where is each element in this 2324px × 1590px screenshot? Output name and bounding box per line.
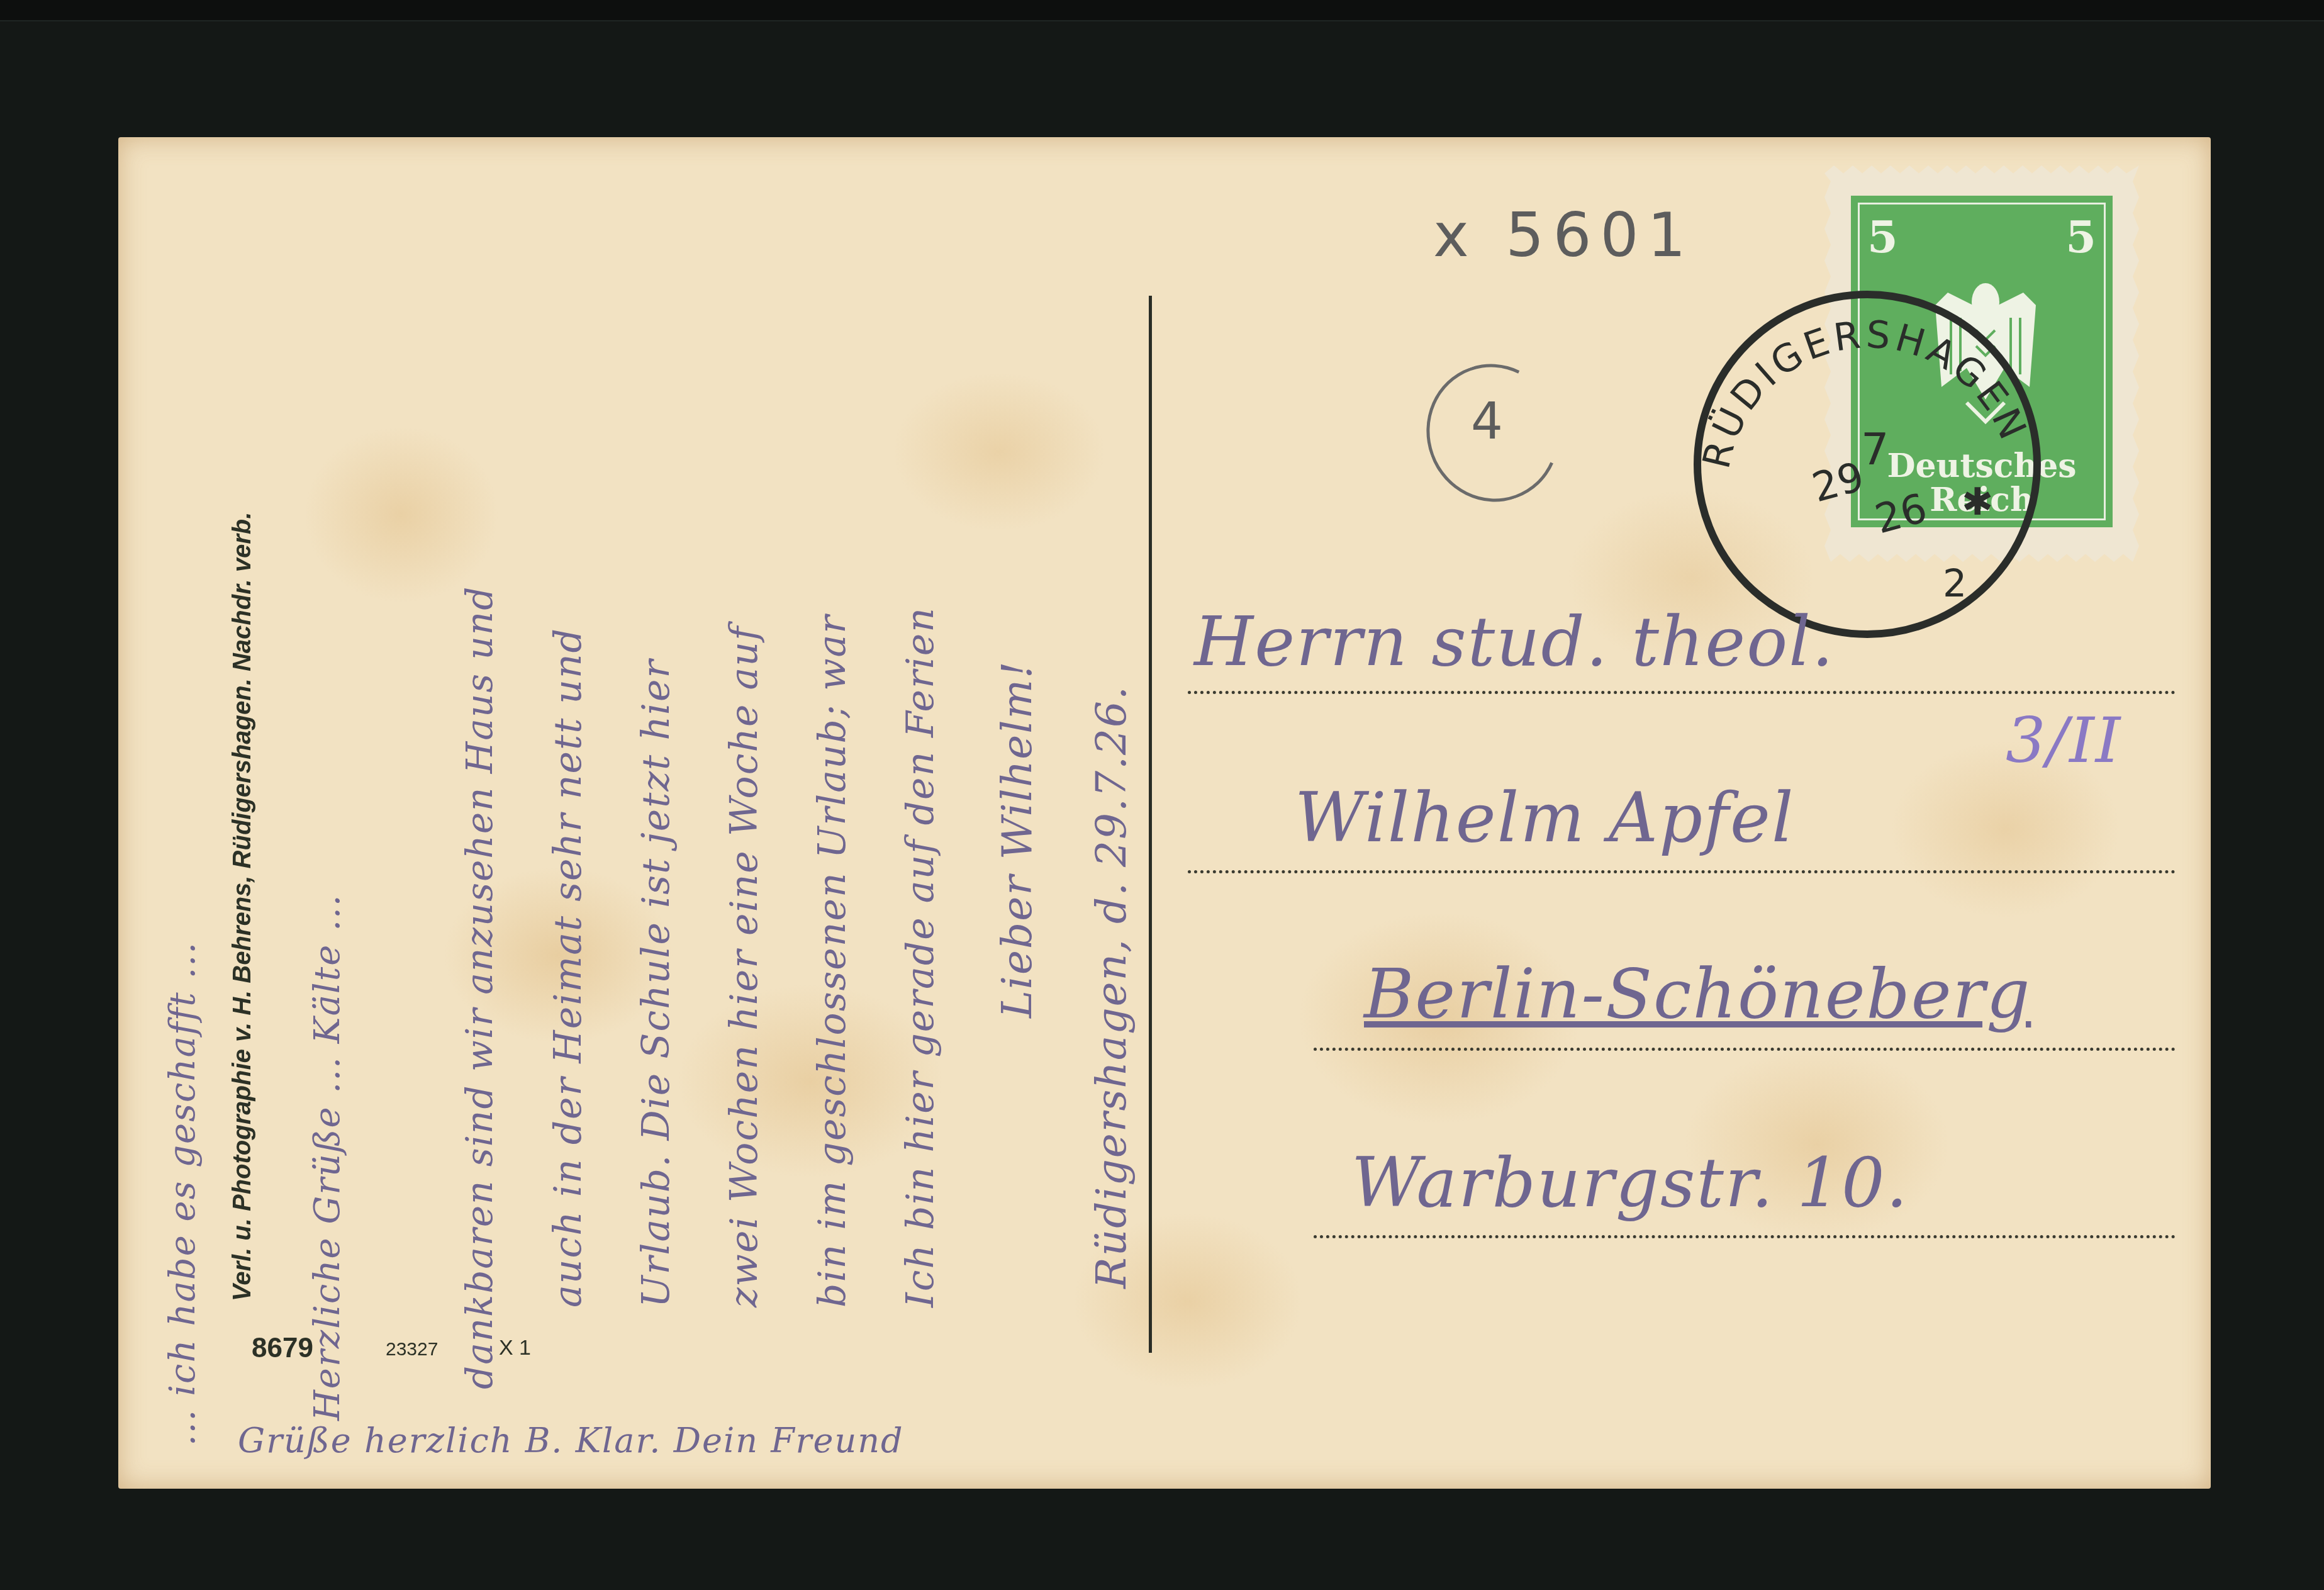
- address-dotted-line: [1314, 1048, 2176, 1051]
- message-line: Urlaub. Die Schule ist jetzt hier: [634, 659, 678, 1307]
- postmark-month: 7: [1861, 423, 1889, 475]
- series-mark: X 1: [499, 1336, 531, 1360]
- postmark-suffix: 2: [1943, 562, 1967, 606]
- divider-line: [1149, 296, 1152, 1353]
- address-line-4: Warburgstr. 10.: [1351, 1144, 1909, 1223]
- message-line: bin im geschlossenen Urlaub; war: [810, 614, 854, 1307]
- address-dotted-line: [1188, 691, 2176, 694]
- catalog-number: x 5601: [1433, 200, 1695, 271]
- stamp-value-right: 5: [2065, 211, 2096, 263]
- address-dotted-line: [1314, 1235, 2176, 1238]
- circled-number: 4: [1471, 392, 1504, 451]
- album-mount-edge: [0, 0, 2324, 21]
- message-line: ... ich habe es geschafft ...: [162, 941, 203, 1446]
- stamp-value-left: 5: [1867, 211, 1898, 263]
- postmark-star-icon: ✱: [1962, 480, 1993, 524]
- postcard: Verl. u. Photographie v. H. Behrens, Rüd…: [118, 137, 2211, 1489]
- card-number: 8679: [252, 1333, 313, 1364]
- message-line: auch in der Heimat sehr nett und: [546, 627, 590, 1307]
- message-line: Herzliche Grüße ... Kälte ...: [307, 893, 348, 1421]
- plate-number: 23327: [386, 1339, 438, 1360]
- message-line: dankbaren sind wir anzusehen Haus und: [458, 586, 501, 1389]
- message-line: Ich bin hier gerade auf den Ferien: [898, 607, 942, 1307]
- violet-fraction: 3/II: [2006, 703, 2121, 777]
- postmark-year: 26: [1870, 485, 1932, 544]
- address-dotted-line: [1188, 870, 2176, 873]
- address-line-3: Berlin-Schöneberg: [1364, 955, 2031, 1034]
- message-line: zwei Wochen hier eine Woche auf: [722, 625, 766, 1307]
- message-closing: Grüße herzlich B. Klar. Dein Freund: [238, 1421, 904, 1460]
- address-line-2: Wilhelm Apfel: [1295, 779, 1795, 858]
- postmark-cancel: RÜDIGERSHAGEN 7 29 26 ✱ 2: [1672, 263, 2062, 653]
- publisher-imprint: Verl. u. Photographie v. H. Behrens, Rüd…: [228, 512, 257, 1301]
- message-place-date: Rüdigershagen, d. 29.7.26.: [1087, 685, 1136, 1289]
- address-line-1: Herrn stud. theol.: [1194, 603, 1835, 681]
- postmark-day: 29: [1807, 454, 1869, 512]
- message-salutation: Lieber Wilhelm!: [993, 660, 1041, 1018]
